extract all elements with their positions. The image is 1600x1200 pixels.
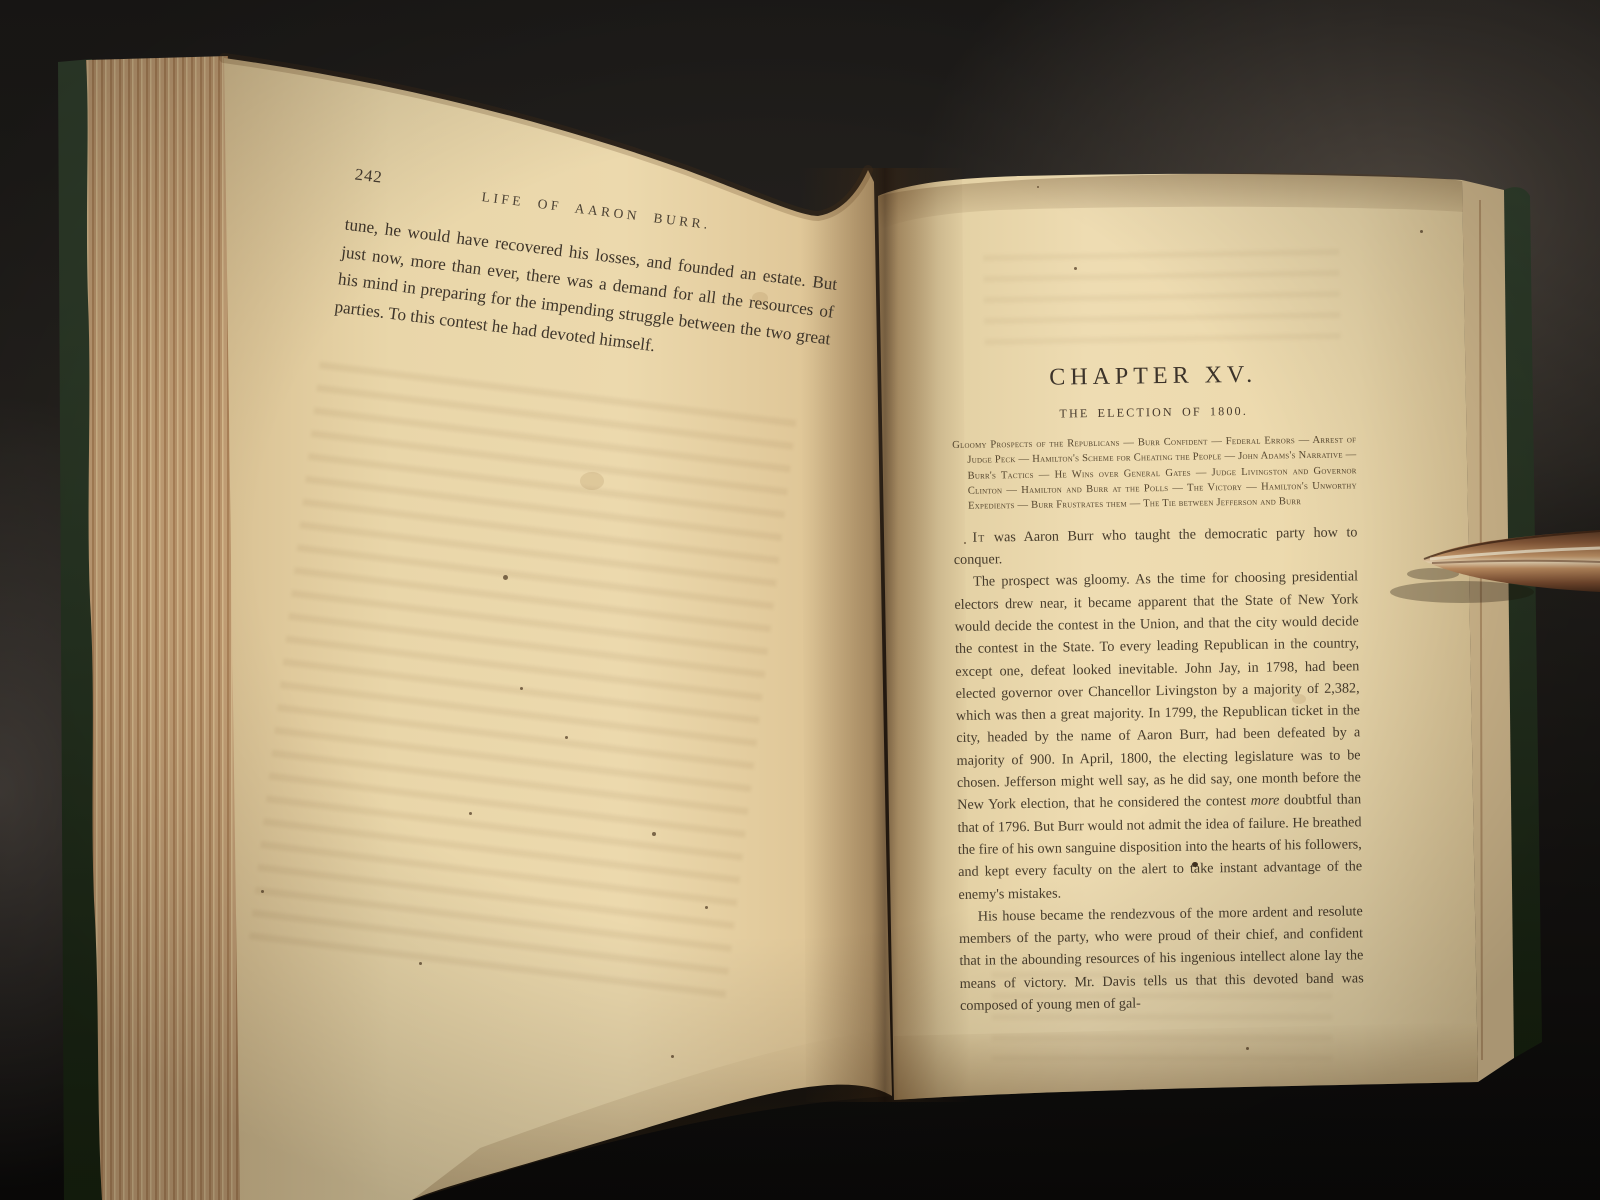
foxing-speck xyxy=(565,736,568,739)
left-fore-edge-pages xyxy=(86,56,244,1200)
foxing-speck xyxy=(1329,979,1331,981)
ink-spot xyxy=(1192,862,1198,867)
foxing-stain xyxy=(752,292,768,304)
foxing-speck xyxy=(520,687,523,690)
foxing-stain xyxy=(1292,694,1306,704)
foxing-speck xyxy=(671,1055,674,1058)
chapter-heading: CHAPTER XV. xyxy=(951,360,1355,393)
foxing-speck xyxy=(1420,230,1423,233)
foxing-speck xyxy=(419,962,422,965)
book-illustration xyxy=(0,0,1600,1200)
foxing-speck xyxy=(469,812,472,815)
foxing-speck xyxy=(705,906,708,909)
paragraph-2-before: The prospect was gloomy. As the time for… xyxy=(954,569,1361,814)
paragraph-2-emphasis: more xyxy=(1251,793,1280,809)
foxing-speck xyxy=(964,542,966,544)
paragraph-2: The prospect was gloomy. As the time for… xyxy=(954,566,1363,906)
foxing-speck xyxy=(261,890,264,893)
foxing-speck xyxy=(1246,1047,1249,1050)
photo-of-open-book: 242 LIFE OF AARON BURR. tune, he would h… xyxy=(0,0,1600,1200)
foxing-stain xyxy=(580,472,604,490)
chapter-subtitle: THE ELECTION OF 1800. xyxy=(952,402,1356,423)
paragraph-1: It was Aaron Burr who taught the democra… xyxy=(953,521,1358,571)
chapter-synopsis: Gloomy Prospects of the Republicans — Bu… xyxy=(952,432,1357,514)
right-page-text: CHAPTER XV. THE ELECTION OF 1800. Gloomy… xyxy=(951,354,1364,1017)
foxing-speck xyxy=(652,832,656,836)
paragraph-1-lead: It xyxy=(972,529,985,545)
paragraph-1-rest: was Aaron Burr who taught the democratic… xyxy=(954,524,1358,568)
foxing-speck xyxy=(503,575,508,580)
letter-opener-shadow xyxy=(1390,581,1534,603)
foxing-speck xyxy=(1074,267,1077,270)
paragraph-3: His house became the rendezvous of the m… xyxy=(959,900,1365,1017)
page-number: 242 xyxy=(354,166,384,186)
foxing-speck xyxy=(1037,186,1039,188)
